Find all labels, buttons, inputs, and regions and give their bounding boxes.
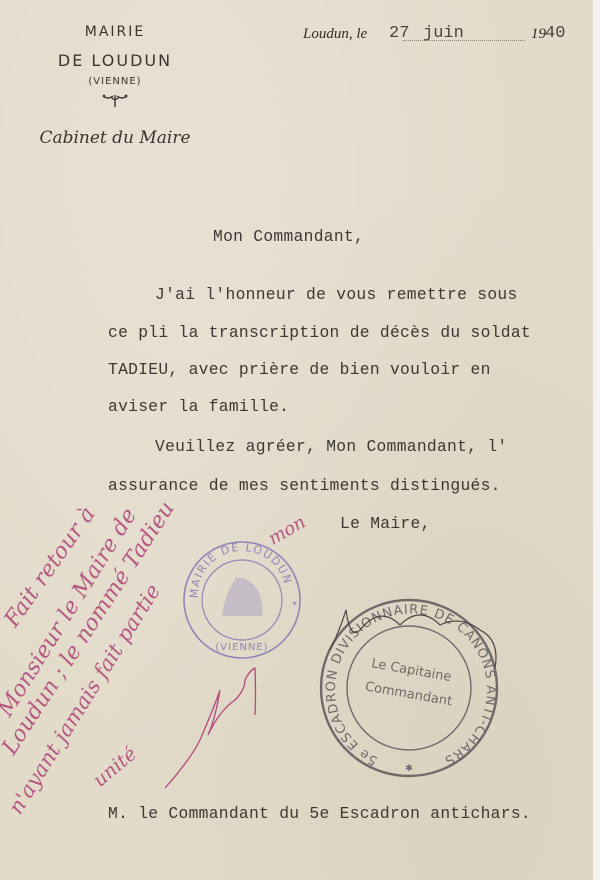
salutation: Mon Commandant, xyxy=(213,227,364,246)
body-line-6: assurance de mes sentiments distingués. xyxy=(108,476,501,495)
closing-le-maire: Le Maire, xyxy=(340,514,431,533)
dateline: Loudun, le 27 juin 19 40 xyxy=(303,24,573,46)
body-line-3: TADIEU, avec prière de bien vouloir en xyxy=(108,360,491,379)
annotation-paraph xyxy=(160,660,270,790)
mairie-de-loudun-stamp: MAIRIE DE LOUDUN (VIENNE) ✶ xyxy=(180,538,304,662)
escadron-stamp-inner-line2: Commandant xyxy=(364,679,453,709)
mairie-stamp-bottom-text: (VIENNE) xyxy=(215,642,268,653)
letter-paper: MAIRIE DE LOUDUN (VIENNE) Cabinet du Mai… xyxy=(0,0,593,880)
date-year-prefix: 19 xyxy=(531,26,546,43)
body-line-2: ce pli la transcription de décès du sold… xyxy=(108,323,531,342)
cabinet-du-maire: Cabinet du Maire xyxy=(30,128,200,148)
date-day: 27 xyxy=(389,24,409,43)
fleuron-ornament-icon xyxy=(100,92,130,108)
date-year-suffix: 40 xyxy=(545,24,565,43)
annotation-line-3: Loudun ; le nommé Tadieu xyxy=(0,497,180,759)
date-month: juin xyxy=(423,24,464,43)
letterhead-vienne: (VIENNE) xyxy=(50,76,180,87)
date-dotted-line xyxy=(403,40,525,41)
annotation-line-5: unité xyxy=(89,743,141,792)
letterhead-de-loudun: DE LOUDUN xyxy=(30,51,200,70)
svg-text:✶: ✶ xyxy=(292,599,298,609)
date-prefix: Loudun, le xyxy=(303,26,367,43)
body-line-4: aviser la famille. xyxy=(108,397,289,416)
body-line-1: J'ai l'honneur de vous remettre sous xyxy=(155,285,518,304)
svg-text:✱: ✱ xyxy=(405,761,412,775)
body-line-5: Veuillez agréer, Mon Commandant, l' xyxy=(155,437,507,456)
maire-signature xyxy=(310,600,510,670)
recipient-line: M. le Commandant du 5e Escadron antichar… xyxy=(108,804,531,823)
letterhead-mairie: MAIRIE xyxy=(50,24,180,40)
